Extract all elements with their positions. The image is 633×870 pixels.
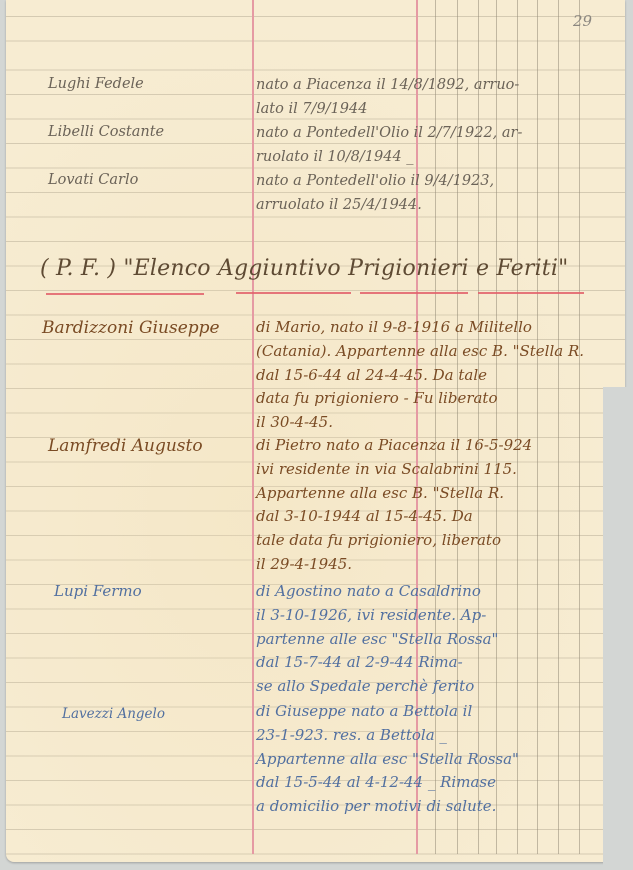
entry-line: dal 3-10-1944 al 15-4-45. Da (256, 505, 532, 529)
entry-description: nato a Piacenza il 14/8/1892, arruo- lat… (256, 74, 519, 122)
entry-line: Appartenne alla esc B. "Stella R. (256, 482, 532, 506)
entry-line: dal 15-6-44 al 24-4-45. Da tale (256, 364, 584, 388)
entry-name: Lupi Fermo (54, 582, 142, 600)
title-text: "Elenco Aggiuntivo Prigionieri e Feriti" (123, 256, 568, 281)
entry-line: se allo Spedale perchè ferito (256, 675, 498, 699)
entry-line: ruolato il 10/8/1944 _ (256, 146, 522, 170)
entry-description: di Mario, nato il 9-8-1916 a Militello (… (256, 316, 584, 435)
entry-name: Lamfredi Augusto (48, 436, 203, 456)
entry-name: Lovati Carlo (48, 172, 138, 188)
entry-description: nato a Pontedell'Olio il 2/7/1922, ar- r… (256, 122, 522, 170)
entry-name: Lavezzi Angelo (62, 706, 165, 722)
entry-name: Bardizzoni Giuseppe (42, 318, 220, 338)
entry-line: 23-1-923. res. a Bettola _ (256, 724, 519, 748)
entry-line: nato a Pontedell'olio il 9/4/1923, (256, 170, 494, 194)
entry-line: di Pietro nato a Piacenza il 16-5-924 (256, 434, 532, 458)
entry-line: (Catania). Appartenne alla esc B. "Stell… (256, 340, 584, 364)
entry-description: di Pietro nato a Piacenza il 16-5-924 iv… (256, 434, 532, 577)
entry-line: il 29-4-1945. (256, 553, 532, 577)
entry-line: ivi residente in via Scalabrini 115. (256, 458, 532, 482)
entry-description: nato a Pontedell'olio il 9/4/1923, arruo… (256, 170, 494, 218)
red-underline (46, 293, 204, 295)
entry-line: il 30-4-45. (256, 411, 584, 435)
entry-line: nato a Piacenza il 14/8/1892, arruo- (256, 74, 519, 98)
title-prefix: ( P. F. ) (40, 256, 116, 281)
torn-edge (603, 387, 633, 870)
entry-line: Appartenne alla esc "Stella Rossa" (256, 748, 519, 772)
entry-line: arruolato il 25/4/1944. (256, 194, 494, 218)
entry-line: dal 15-5-44 al 4-12-44 _ Rimase (256, 771, 519, 795)
entry-line: di Giuseppe nato a Bettola il (256, 700, 519, 724)
red-underline (478, 292, 584, 294)
red-underline (360, 292, 468, 294)
section-title: ( P. F. ) "Elenco Aggiuntivo Prigionieri… (40, 256, 568, 281)
entry-line: il 3-10-1926, ivi residente. Ap- (256, 604, 498, 628)
entry-line: partenne alle esc "Stella Rossa" (256, 628, 498, 652)
entry-name: Libelli Costante (48, 124, 164, 140)
entry-name: Lughi Fedele (48, 76, 144, 92)
margin-line (252, 0, 254, 854)
entry-line: a domicilio per motivi di salute. (256, 795, 519, 819)
entry-description: di Agostino nato a Casaldrino il 3-10-19… (256, 580, 498, 699)
entry-line: di Agostino nato a Casaldrino (256, 580, 498, 604)
entry-line: di Mario, nato il 9-8-1916 a Militello (256, 316, 584, 340)
entry-line: lato il 7/9/1944 (256, 98, 519, 122)
entry-line: data fu prigioniero - Fu liberato (256, 387, 584, 411)
entry-line: tale data fu prigioniero, liberato (256, 529, 532, 553)
entry-line: dal 15-7-44 al 2-9-44 Rima- (256, 651, 498, 675)
entry-description: di Giuseppe nato a Bettola il 23-1-923. … (256, 700, 519, 819)
entry-line: nato a Pontedell'Olio il 2/7/1922, ar- (256, 122, 522, 146)
red-underline (236, 292, 351, 294)
page-number: 29 (573, 12, 592, 30)
